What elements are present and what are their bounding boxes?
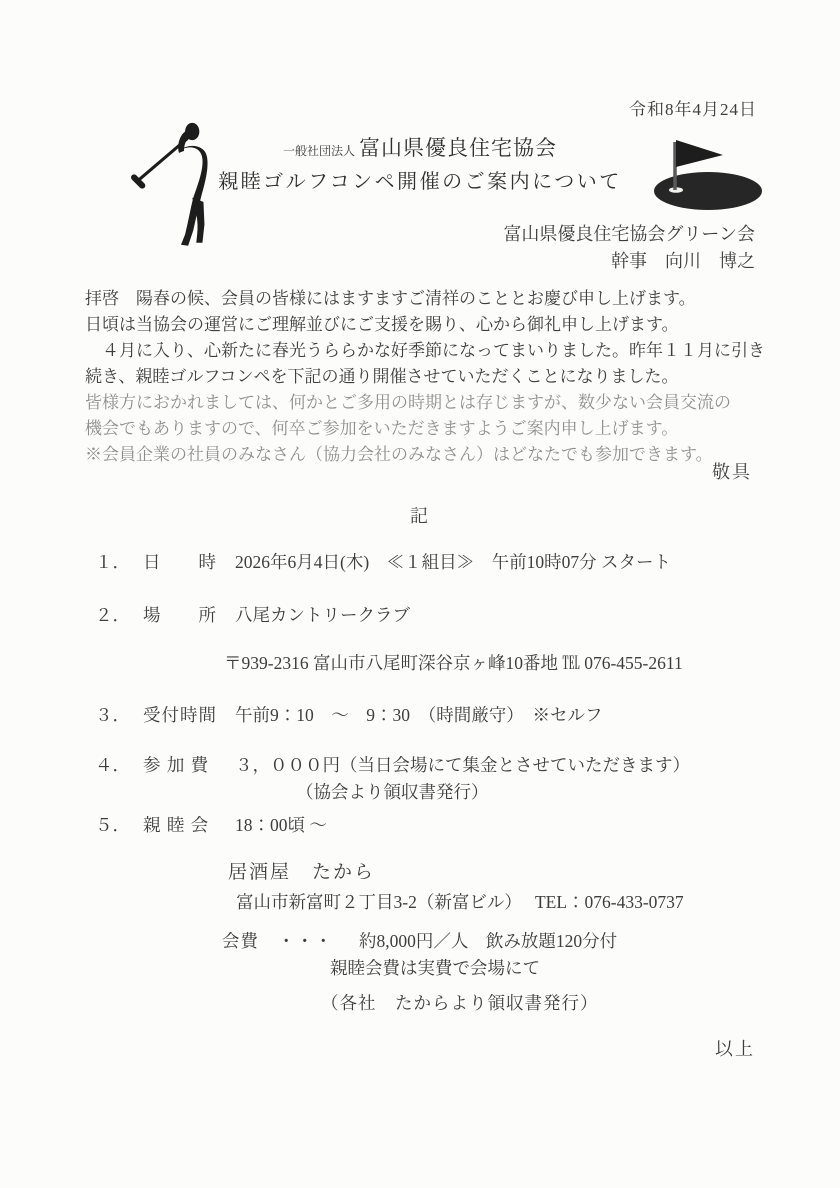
letter-page: 令和8年4月24日 一般社団法人富山県優良住宅協会 親睦ゴルフコンペ開催のご案内… bbox=[0, 0, 840, 1188]
item-value: ３，０００円（当日会場にて集金とさせていただきます） bbox=[227, 752, 690, 777]
greeting-paragraph: 拝啓 陽春の候、会員の皆様にはますますご清祥のこととお慶び申し上げます。 日頃は… bbox=[85, 286, 777, 338]
org-name-line: 一般社団法人富山県優良住宅協会 bbox=[0, 133, 840, 165]
party-receipt-note: （各社 たからより領収書発行） bbox=[321, 990, 599, 1015]
item-value: 八尾カントリークラブ bbox=[227, 602, 410, 627]
closing-word: 敬具 bbox=[712, 458, 752, 484]
sender-group: 富山県優良住宅協会グリーン会 bbox=[503, 221, 755, 248]
item-value: 2026年6月4日(木) ≪１組目≫ 午前10時07分 スタート bbox=[227, 549, 671, 574]
sender-officer: 幹事 向川 博之 bbox=[503, 248, 755, 275]
item-label: 受付時間 bbox=[143, 702, 227, 727]
party-fee-value: 約8,000円／人 飲み放題120分付 bbox=[359, 928, 617, 953]
sender-block: 富山県優良住宅協会グリーン会 幹事 向川 博之 bbox=[503, 221, 755, 275]
item-number: ４． bbox=[95, 752, 143, 777]
item-label: 日 時 bbox=[143, 549, 227, 574]
party-venue-name: 居酒屋 たから bbox=[228, 857, 375, 884]
item-number: １． bbox=[95, 549, 143, 574]
item-place: ２． 場 所 八尾カントリークラブ bbox=[95, 602, 410, 627]
org-prefix: 一般社団法人 bbox=[283, 144, 355, 158]
item-label: 場 所 bbox=[143, 602, 227, 627]
letter-body: 拝啓 陽春の候、会員の皆様にはますますご清祥のこととお慶び申し上げます。 日頃は… bbox=[85, 286, 777, 468]
item-number: ３． bbox=[95, 702, 143, 727]
fee-receipt-note: （協会より領収書発行） bbox=[296, 779, 489, 804]
item-number: ５． bbox=[95, 812, 143, 837]
item-datetime: １． 日 時 2026年6月4日(木) ≪１組目≫ 午前10時07分 スタート bbox=[95, 549, 671, 574]
item-number: ２． bbox=[95, 602, 143, 627]
invitation-paragraph: 皆様方におかれましては、何かとご多用の時期とは存じますが、数少ない会員交流の 機… bbox=[85, 390, 777, 442]
record-heading: 記 bbox=[0, 502, 840, 528]
org-name: 富山県優良住宅協会 bbox=[359, 136, 557, 160]
place-address: 〒939-2316 富山市八尾町深谷京ヶ峰10番地 ℡ 076-455-2611 bbox=[224, 650, 683, 675]
party-venue-address: 富山市新富町２丁目3-2（新富ビル） TEL：076-433-0737 bbox=[236, 889, 684, 914]
document-date: 令和8年4月24日 bbox=[629, 95, 757, 120]
item-fee: ４． 参 加 費 ３，０００円（当日会場にて集金とさせていただきます） bbox=[95, 752, 690, 777]
end-marker: 以上 bbox=[715, 1035, 755, 1061]
party-fee-row: 会費 ・・・ 約8,000円／人 飲み放題120分付 bbox=[222, 928, 617, 953]
item-reception: ３． 受付時間 午前9：10 ～ 9：30 （時間厳守） ※セルフ bbox=[95, 702, 603, 727]
item-value: 18：00頃 ～ bbox=[227, 812, 327, 837]
announcement-paragraph: ４月に入り、心新たに春光うららかな好季節になってまいりました。昨年１１月に引き … bbox=[85, 338, 777, 390]
party-fee-label: 会費 ・・・ bbox=[222, 928, 333, 953]
member-note: ※会員企業の社員のみなさん（協力会社のみなさん）はどなたでも参加できます。 bbox=[85, 442, 777, 468]
item-label: 親 睦 会 bbox=[143, 812, 227, 837]
subject-line: 親睦ゴルフコンペ開催のご案内について bbox=[0, 167, 840, 197]
item-party: ５． 親 睦 会 18：00頃 ～ bbox=[95, 812, 327, 837]
party-fee-note: 親睦会費は実費で会場にて bbox=[330, 955, 540, 980]
title-block: 一般社団法人富山県優良住宅協会 親睦ゴルフコンペ開催のご案内について bbox=[0, 133, 840, 197]
item-value: 午前9：10 ～ 9：30 （時間厳守） ※セルフ bbox=[227, 702, 603, 727]
item-label: 参 加 費 bbox=[143, 752, 227, 777]
